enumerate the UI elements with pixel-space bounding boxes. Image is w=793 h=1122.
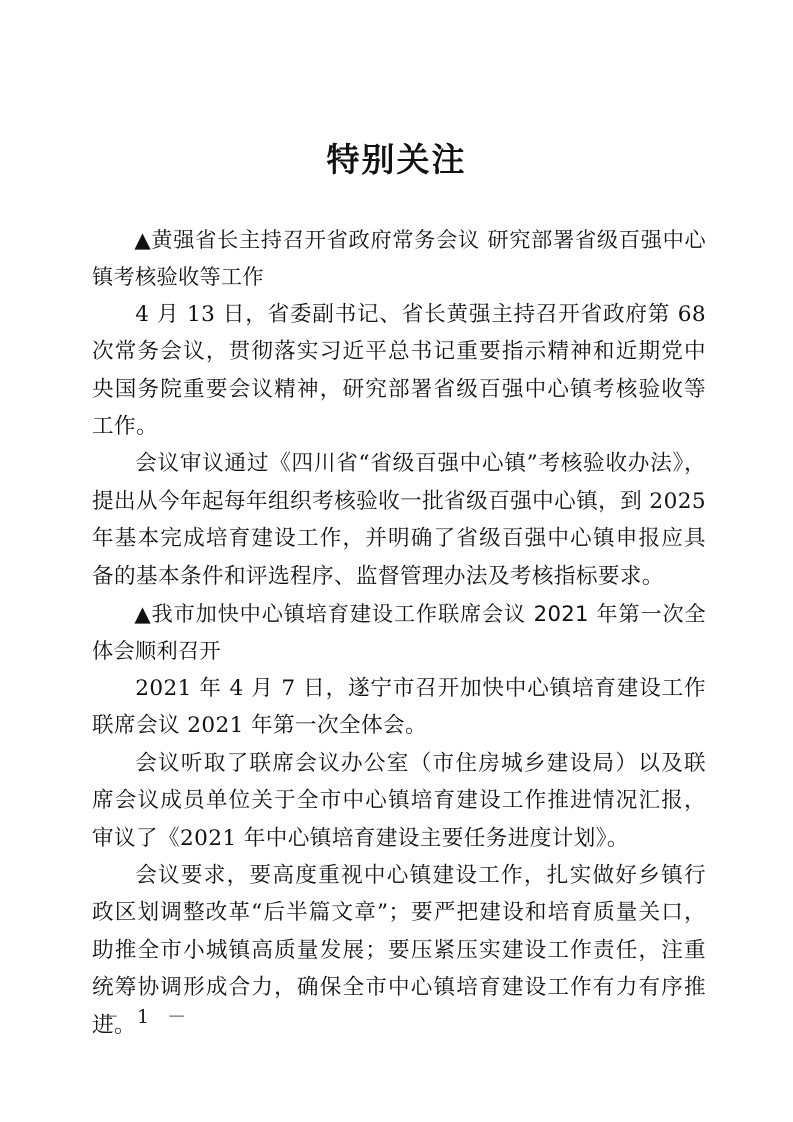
paragraph: 会议审议通过《四川省“省级百强中心镇”考核验收办法》，提出从今年起每年组织考核验… xyxy=(92,445,706,595)
section-heading: ▲我市加快中心镇培育建设工作联席会议 2021 年第一次全体会顺利召开 xyxy=(92,595,706,670)
section-heading: ▲黄强省长主持召开省政府常务会议 研究部署省级百强中心镇考核验收等工作 xyxy=(92,221,706,296)
document-body: ▲黄强省长主持召开省政府常务会议 研究部署省级百强中心镇考核验收等工作 4 月 … xyxy=(92,221,706,1044)
paragraph: 2021 年 4 月 7 日，遂宁市召开加快中心镇培育建设工作联席会议 2021… xyxy=(92,670,706,745)
paragraph: 会议听取了联席会议办公室（市住房城乡建设局）以及联席会议成员单位关于全市中心镇培… xyxy=(92,745,706,857)
page-title: 特别关注 xyxy=(0,138,793,182)
page-number: － 1 － xyxy=(100,1002,192,1029)
paragraph: 4 月 13 日，省委副书记、省长黄强主持召开省政府第 68 次常务会议，贯彻落… xyxy=(92,296,706,446)
